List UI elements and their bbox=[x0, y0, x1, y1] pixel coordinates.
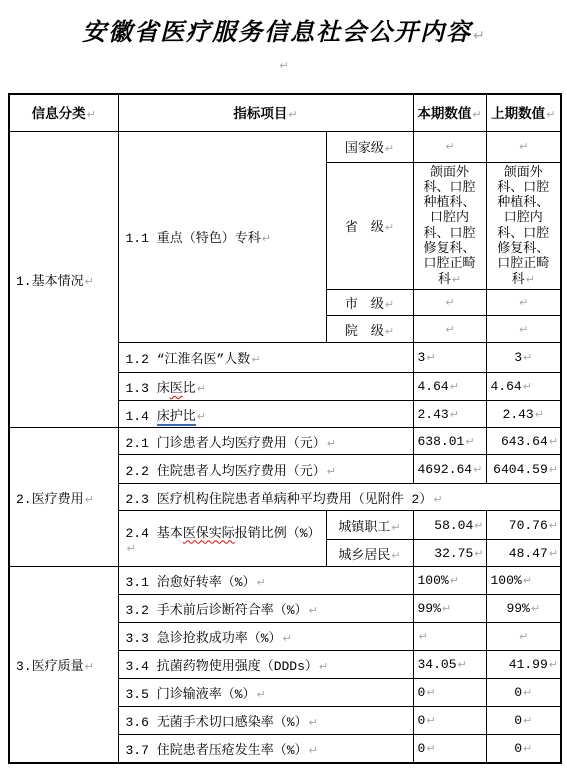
paragraph-mark-icon: ↵ bbox=[283, 632, 292, 645]
cell-level-hospital: 院 级↵ bbox=[326, 316, 413, 343]
paragraph-mark-icon: ↵ bbox=[309, 744, 318, 757]
indicator-label: 3.4 抗菌药物使用强度（DDDs） bbox=[126, 659, 318, 674]
paragraph-mark-icon: ↵ bbox=[197, 382, 206, 395]
cell-current-1-2: 3↵ bbox=[413, 343, 486, 373]
paragraph-mark-icon: ↵ bbox=[523, 714, 532, 727]
cell-value: 99% bbox=[506, 601, 529, 616]
cell-current-3-2: 99%↵ bbox=[413, 595, 486, 623]
indicator-label: 2.4 基本 bbox=[126, 526, 183, 541]
cell-indicator-2-4: 2.4 基本医保实际报销比例（%）↵ bbox=[118, 511, 326, 567]
paragraph-mark-icon: ↵ bbox=[251, 353, 260, 366]
document-page: 安徽省医疗服务信息社会公开内容↵ ↵ 信息分类↵ 指标项目↵ 本期数值↵ 上期数… bbox=[0, 0, 567, 774]
cell-level-city: 市 级↵ bbox=[326, 290, 413, 316]
cell-current-3-4: 34.05↵ bbox=[413, 651, 486, 679]
cell-indicator-1-3: 1.3 床医比↵ bbox=[118, 373, 413, 401]
cell-group-urban-workers: 城镇职工↵ bbox=[326, 511, 413, 540]
paragraph-mark-icon: ↵ bbox=[526, 273, 535, 286]
paragraph-mark-icon: ↵ bbox=[531, 602, 540, 615]
cell-previous-3-6: 0↵ bbox=[486, 707, 561, 735]
blank-paragraph: ↵ bbox=[0, 54, 567, 76]
paragraph-mark-icon: ↵ bbox=[85, 493, 94, 506]
cell-value: 4.64 bbox=[491, 379, 522, 394]
paragraph-mark-icon: ↵ bbox=[549, 519, 558, 532]
cell-value: 638.01 bbox=[418, 434, 465, 449]
indicator-label: 3.1 治愈好转率（%） bbox=[126, 575, 256, 590]
cell-group-rural-residents: 城乡居民↵ bbox=[326, 540, 413, 567]
level-label: 国家级 bbox=[345, 141, 384, 156]
paragraph-mark-icon: ↵ bbox=[85, 660, 94, 673]
cell-value: 0 bbox=[418, 685, 426, 700]
paragraph-mark-icon: ↵ bbox=[445, 323, 454, 336]
cell-indicator-3-1: 3.1 治愈好转率（%）↵ bbox=[118, 567, 413, 595]
cell-section-quality: 3.医疗质量↵ bbox=[9, 567, 118, 763]
cell-value: 100% bbox=[491, 573, 522, 588]
indicator-label: 2.2 住院患者人均医疗费用（元） bbox=[126, 464, 326, 479]
cell-current-city: ↵ bbox=[413, 290, 486, 316]
cell-value: 0 bbox=[514, 685, 522, 700]
cell-indicator-2-3: 2.3 医疗机构住院患者单病种平均费用（见附件 2）↵ bbox=[118, 484, 561, 511]
cell-indicator-1-1: 1.1 重点（特色）专科↵ bbox=[118, 131, 326, 343]
cell-previous-2-4-rural: 48.47↵ bbox=[486, 540, 561, 567]
paragraph-mark-icon: ↵ bbox=[523, 742, 532, 755]
cell-current-3-3: ↵ bbox=[413, 623, 486, 651]
cell-value: 0 bbox=[418, 713, 426, 728]
paragraph-mark-icon: ↵ bbox=[385, 325, 394, 338]
indicator-label: 1.1 重点（特色）专科 bbox=[126, 231, 261, 246]
cell-previous-3-4: 41.99↵ bbox=[486, 651, 561, 679]
paragraph-mark-icon: ↵ bbox=[549, 435, 558, 448]
cell-value: 2.43 bbox=[418, 407, 449, 422]
indicator-label: 报销比例（%） bbox=[235, 526, 321, 541]
paragraph-mark-icon: ↵ bbox=[85, 275, 94, 288]
cell-indicator-2-2: 2.2 住院患者人均医疗费用（元）↵ bbox=[118, 455, 413, 484]
paragraph-mark-icon: ↵ bbox=[87, 108, 96, 121]
indicator-label: 3.2 手术前后诊断符合率（%） bbox=[126, 603, 308, 618]
cell-indicator-3-2: 3.2 手术前后诊断符合率（%）↵ bbox=[118, 595, 413, 623]
cell-value: 2.43 bbox=[503, 407, 534, 422]
section-label: 1.基本情况 bbox=[16, 274, 84, 289]
cell-previous-3-5: 0↵ bbox=[486, 679, 561, 707]
paragraph-mark-icon: ↵ bbox=[391, 521, 400, 534]
paragraph-mark-icon: ↵ bbox=[445, 140, 454, 153]
cell-value: 0 bbox=[514, 741, 522, 756]
spellcheck-underline: 医 bbox=[170, 381, 183, 396]
paragraph-mark-icon: ↵ bbox=[197, 410, 206, 423]
paragraph-mark-icon: ↵ bbox=[473, 28, 485, 44]
paragraph-mark-icon: ↵ bbox=[426, 686, 435, 699]
paragraph-mark-icon: ↵ bbox=[385, 298, 394, 311]
cell-current-3-7: 0↵ bbox=[413, 735, 486, 763]
cell-indicator-1-4: 1.4 床护比↵ bbox=[118, 401, 413, 428]
header-current-value: 本期数值↵ bbox=[413, 94, 486, 131]
spellcheck-underline: 医保实际 bbox=[183, 526, 235, 541]
paragraph-mark-icon: ↵ bbox=[419, 630, 428, 643]
cell-value: 4692.64 bbox=[418, 462, 473, 477]
level-label: 省 级 bbox=[345, 220, 384, 235]
paragraph-mark-icon: ↵ bbox=[549, 658, 558, 671]
cell-previous-3-3: ↵ bbox=[486, 623, 561, 651]
cell-previous-3-7: 0↵ bbox=[486, 735, 561, 763]
cell-value: 34.05 bbox=[418, 657, 457, 672]
paragraph-mark-icon: ↵ bbox=[309, 716, 318, 729]
indicator-label: 2.1 门诊患者人均医疗费用（元） bbox=[126, 436, 326, 451]
paragraph-mark-icon: ↵ bbox=[319, 660, 328, 673]
paragraph-mark-icon: ↵ bbox=[549, 547, 558, 560]
cell-current-1-3: 4.64↵ bbox=[413, 373, 486, 401]
paragraph-mark-icon: ↵ bbox=[474, 547, 483, 560]
paragraph-mark-icon: ↵ bbox=[442, 602, 451, 615]
cell-value: 颌面外科、口腔种植科、口腔内科、口腔修复科、口腔正畸科 bbox=[423, 165, 475, 287]
group-label: 城乡居民 bbox=[338, 548, 390, 563]
cell-current-3-6: 0↵ bbox=[413, 707, 486, 735]
cell-value: 41.99 bbox=[509, 657, 548, 672]
cell-current-3-1: 100%↵ bbox=[413, 567, 486, 595]
cell-indicator-1-2: 1.2 “江淮名医”人数↵ bbox=[118, 343, 413, 373]
level-label: 院 级 bbox=[345, 324, 384, 339]
indicator-label: 3.5 门诊输液率（%） bbox=[126, 687, 256, 702]
paragraph-mark-icon: ↵ bbox=[458, 658, 467, 671]
cell-level-national: 国家级↵ bbox=[326, 131, 413, 162]
paragraph-mark-icon: ↵ bbox=[523, 686, 532, 699]
cell-value: 3 bbox=[418, 350, 426, 365]
paragraph-mark-icon: ↵ bbox=[519, 296, 528, 309]
paragraph-mark-icon: ↵ bbox=[426, 351, 435, 364]
indicator-label: 1.4 bbox=[126, 409, 157, 424]
cell-previous-2-2: 6404.59↵ bbox=[486, 455, 561, 484]
paragraph-mark-icon: ↵ bbox=[391, 549, 400, 562]
paragraph-mark-icon: ↵ bbox=[450, 408, 459, 421]
header-previous-value: 上期数值↵ bbox=[486, 94, 561, 131]
table-row: 3.医疗质量↵ 3.1 治愈好转率（%）↵ 100%↵ 100%↵ bbox=[9, 567, 561, 595]
cell-current-hospital: ↵ bbox=[413, 316, 486, 343]
cell-value: 643.64 bbox=[501, 434, 548, 449]
paragraph-mark-icon: ↵ bbox=[262, 232, 271, 245]
cell-current-national: ↵ bbox=[413, 131, 486, 162]
cell-value: 3 bbox=[514, 350, 522, 365]
paragraph-mark-icon: ↵ bbox=[519, 323, 528, 336]
paragraph-mark-icon: ↵ bbox=[426, 714, 435, 727]
cell-indicator-3-6: 3.6 无菌手术切口感染率（%）↵ bbox=[118, 707, 413, 735]
group-label: 城镇职工 bbox=[338, 520, 390, 535]
cell-current-province-specialties: 颌面外科、口腔种植科、口腔内科、口腔修复科、口腔正畸科↵ bbox=[413, 162, 486, 290]
paragraph-mark-icon: ↵ bbox=[450, 380, 459, 393]
table-row: 1.基本情况↵ 1.1 重点（特色）专科↵ 国家级↵ ↵ ↵ bbox=[9, 131, 561, 162]
paragraph-mark-icon: ↵ bbox=[535, 408, 544, 421]
cell-value: 58.04 bbox=[434, 518, 473, 533]
grammar-underline: 床护比 bbox=[157, 409, 196, 426]
cell-indicator-3-3: 3.3 急诊抢救成功率（%）↵ bbox=[118, 623, 413, 651]
cell-current-1-4: 2.43↵ bbox=[413, 401, 486, 428]
cell-indicator-3-5: 3.5 门诊输液率（%）↵ bbox=[118, 679, 413, 707]
cell-indicator-3-7: 3.7 住院患者压疮发生率（%）↵ bbox=[118, 735, 413, 763]
cell-previous-hospital: ↵ bbox=[486, 316, 561, 343]
paragraph-mark-icon: ↵ bbox=[523, 351, 532, 364]
paragraph-mark-icon: ↵ bbox=[288, 108, 297, 121]
cell-indicator-2-1: 2.1 门诊患者人均医疗费用（元）↵ bbox=[118, 428, 413, 455]
cell-previous-3-1: 100%↵ bbox=[486, 567, 561, 595]
header-label: 信息分类 bbox=[32, 108, 86, 123]
indicator-label: 3.3 急诊抢救成功率（%） bbox=[126, 631, 282, 646]
paragraph-mark-icon: ↵ bbox=[452, 273, 461, 286]
cell-value: 100% bbox=[418, 573, 449, 588]
indicator-label: 比 bbox=[183, 381, 196, 396]
indicator-label: 3.7 住院患者压疮发生率（%） bbox=[126, 743, 308, 758]
paragraph-mark-icon: ↵ bbox=[473, 463, 482, 476]
disclosure-table: 信息分类↵ 指标项目↵ 本期数值↵ 上期数值↵ 1.基本情况↵ 1.1 重点（特… bbox=[8, 93, 562, 764]
cell-value: 6404.59 bbox=[493, 462, 548, 477]
paragraph-mark-icon: ↵ bbox=[257, 688, 266, 701]
paragraph-mark-icon: ↵ bbox=[327, 437, 336, 450]
paragraph-mark-icon: ↵ bbox=[523, 380, 532, 393]
paragraph-mark-icon: ↵ bbox=[327, 465, 336, 478]
paragraph-mark-icon: ↵ bbox=[426, 742, 435, 755]
cell-section-cost: 2.医疗费用↵ bbox=[9, 428, 118, 567]
cell-current-2-2: 4692.64↵ bbox=[413, 455, 486, 484]
cell-value: 32.75 bbox=[434, 546, 473, 561]
level-label: 市 级 bbox=[345, 297, 384, 312]
indicator-label: 3.6 无菌手术切口感染率（%） bbox=[126, 715, 308, 730]
paragraph-mark-icon: ↵ bbox=[472, 108, 481, 121]
cell-previous-2-1: 643.64↵ bbox=[486, 428, 561, 455]
header-label: 本期数值 bbox=[417, 108, 471, 123]
section-label: 2.医疗费用 bbox=[16, 492, 84, 507]
section-label: 3.医疗质量 bbox=[16, 659, 84, 674]
cell-current-2-4-urban: 58.04↵ bbox=[413, 511, 486, 540]
cell-current-3-5: 0↵ bbox=[413, 679, 486, 707]
cell-previous-1-2: 3↵ bbox=[486, 343, 561, 373]
cell-section-basic: 1.基本情况↵ bbox=[9, 131, 118, 428]
paragraph-mark-icon: ↵ bbox=[445, 296, 454, 309]
paragraph-mark-icon: ↵ bbox=[519, 140, 528, 153]
cell-current-2-1: 638.01↵ bbox=[413, 428, 486, 455]
paragraph-mark-icon: ↵ bbox=[474, 519, 483, 532]
header-label: 上期数值 bbox=[491, 108, 545, 123]
header-indicator: 指标项目↵ bbox=[118, 94, 413, 131]
header-info-category: 信息分类↵ bbox=[9, 94, 118, 131]
header-label: 指标项目 bbox=[233, 108, 287, 123]
cell-previous-province-specialties: 颌面外科、口腔种植科、口腔内科、口腔修复科、口腔正畸科↵ bbox=[486, 162, 561, 290]
indicator-label: 1.3 床 bbox=[126, 381, 170, 396]
cell-previous-3-2: 99%↵ bbox=[486, 595, 561, 623]
paragraph-mark-icon: ↵ bbox=[450, 574, 459, 587]
cell-level-province: 省 级↵ bbox=[326, 162, 413, 290]
paragraph-mark-icon: ↵ bbox=[257, 576, 266, 589]
page-title-text: 安徽省医疗服务信息社会公开内容 bbox=[82, 20, 472, 46]
paragraph-mark-icon: ↵ bbox=[433, 493, 442, 506]
paragraph-mark-icon: ↵ bbox=[546, 108, 555, 121]
page-title: 安徽省医疗服务信息社会公开内容↵ bbox=[0, 12, 567, 54]
cell-previous-2-4-urban: 70.76↵ bbox=[486, 511, 561, 540]
cell-current-2-4-rural: 32.75↵ bbox=[413, 540, 486, 567]
paragraph-mark-icon: ↵ bbox=[549, 463, 558, 476]
indicator-label: 2.3 医疗机构住院患者单病种平均费用（见附件 2） bbox=[126, 492, 433, 507]
cell-value: 70.76 bbox=[509, 518, 548, 533]
cell-value: 48.47 bbox=[509, 546, 548, 561]
indicator-label: 1.2 “江淮名医”人数 bbox=[126, 352, 251, 367]
cell-value: 0 bbox=[418, 741, 426, 756]
paragraph-mark-icon: ↵ bbox=[385, 142, 394, 155]
cell-indicator-3-4: 3.4 抗菌药物使用强度（DDDs）↵ bbox=[118, 651, 413, 679]
paragraph-mark-icon: ↵ bbox=[279, 59, 288, 72]
cell-previous-national: ↵ bbox=[486, 131, 561, 162]
paragraph-mark-icon: ↵ bbox=[127, 542, 136, 555]
cell-value: 颌面外科、口腔种植科、口腔内科、口腔修复科、口腔正畸科 bbox=[497, 165, 549, 287]
cell-previous-1-3: 4.64↵ bbox=[486, 373, 561, 401]
table-row: 2.医疗费用↵ 2.1 门诊患者人均医疗费用（元）↵ 638.01↵ 643.6… bbox=[9, 428, 561, 455]
cell-previous-city: ↵ bbox=[486, 290, 561, 316]
paragraph-mark-icon: ↵ bbox=[523, 574, 532, 587]
paragraph-mark-icon: ↵ bbox=[385, 221, 394, 234]
cell-previous-1-4: 2.43↵ bbox=[486, 401, 561, 428]
cell-value: 0 bbox=[514, 713, 522, 728]
cell-value: 99% bbox=[418, 601, 441, 616]
paragraph-mark-icon: ↵ bbox=[519, 630, 528, 643]
paragraph-mark-icon: ↵ bbox=[309, 604, 318, 617]
cell-value: 4.64 bbox=[418, 379, 449, 394]
table-header-row: 信息分类↵ 指标项目↵ 本期数值↵ 上期数值↵ bbox=[9, 94, 561, 131]
paragraph-mark-icon: ↵ bbox=[465, 435, 474, 448]
